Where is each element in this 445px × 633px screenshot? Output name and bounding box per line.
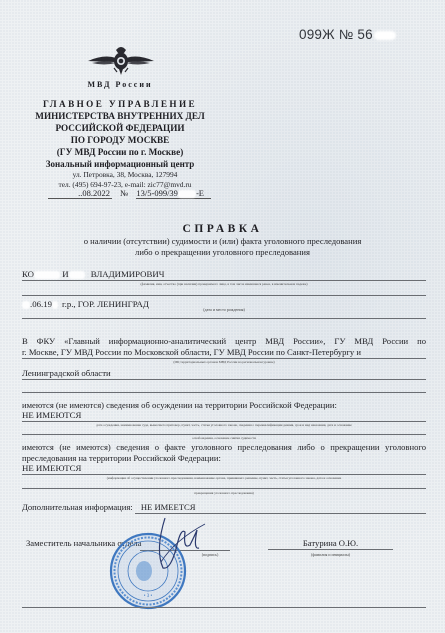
handwritten-signature-icon <box>135 510 215 580</box>
double-headed-eagle-emblem-icon <box>86 42 156 76</box>
authority-line-3: РОССИЙСКОЙ ФЕДЕРАЦИИ <box>0 123 240 135</box>
address-line: ул. Петровка, 38, Москва, 127994 <box>0 170 250 180</box>
sources-line-3: Ленинградской области <box>22 368 426 380</box>
registration-number-field: 13/5-099/39-Е <box>136 188 211 199</box>
svg-text:• 3 •: • 3 • <box>144 594 153 599</box>
sources-caption: (ИЦ территориальных органов МВД России н… <box>22 360 426 365</box>
divider <box>22 295 426 296</box>
serial-number: 099Ж № 56 <box>299 27 396 42</box>
signer-name-caption: (фамилия и инициалы) <box>268 552 393 557</box>
prosecution-question-1: имеются (не имеются) сведения о факте уг… <box>22 442 426 453</box>
birth-caption: (дата и место рождения) <box>22 307 426 312</box>
prosecution-answer: НЕ ИМЕЮТСЯ <box>22 463 426 475</box>
authority-line-1: ГЛАВНОЕ УПРАВЛЕНИЕ <box>0 99 240 111</box>
registration-row: ..08.2022 № 13/5-099/39-Е <box>48 188 211 199</box>
document-subtitle-1: о наличии (отсутствии) судимости и (или)… <box>0 236 445 247</box>
prosecution-caption-2: прекращения уголовного преследования) <box>22 491 426 496</box>
authority-line-4: ПО ГОРОДУ МОСКВЕ <box>0 135 240 147</box>
convictions-caption-1: дата осуждения, наименование суда, вынес… <box>22 423 426 428</box>
convictions-answer: НЕ ИМЕЮТСЯ <box>22 410 426 422</box>
divider <box>22 392 426 393</box>
sources-line-1: В ФКУ «Главный информационно-аналитическ… <box>22 336 426 347</box>
additional-info-row: Дополнительная информация: НЕ ИМЕЕТСЯ <box>22 502 426 514</box>
registration-date: ..08.2022 <box>48 188 112 199</box>
authority-line-2: МИНИСТЕРСТВА ВНУТРЕННИХ ДЕЛ <box>0 111 240 123</box>
document-title: СПРАВКА <box>0 223 445 235</box>
prosecution-caption-1: (информация об осуществлении уголовного … <box>22 476 426 481</box>
divider <box>22 318 426 319</box>
divider <box>22 488 426 489</box>
full-name-field: КО И ВЛАДИМИРОВИЧ <box>22 269 426 281</box>
authority-line-5: (ГУ МВД России по г. Москве) <box>0 147 240 159</box>
full-name-caption: (фамилия, имя, отчество (при наличии) пр… <box>22 282 426 287</box>
document-subtitle-2: либо о прекращении уголовного преследова… <box>0 247 445 258</box>
number-sign: № <box>120 188 128 198</box>
convictions-caption-2: освобождения, основание снятия судимости <box>22 436 426 441</box>
signer-name: Батурина О.Ю. <box>268 538 393 550</box>
additional-info-label: Дополнительная информация: <box>22 502 133 512</box>
bottom-divider <box>22 607 426 608</box>
divider <box>22 434 426 435</box>
ministry-label: МВД России <box>0 80 240 89</box>
redacted-serial <box>374 31 396 40</box>
sources-line-2: г. Москве, ГУ МВД России по Московской о… <box>22 347 426 359</box>
certificate-page: 099Ж № 56 МВД России ГЛАВНОЕ УПРАВЛЕНИЕ … <box>0 0 445 633</box>
